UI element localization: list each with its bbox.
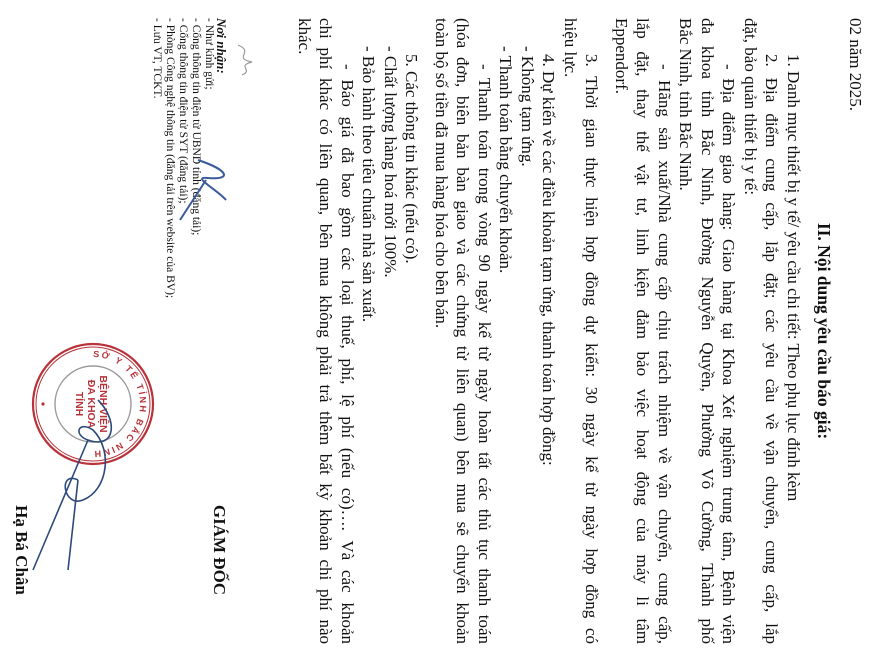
- initials-signature-icon: [178, 150, 238, 230]
- text-line: khác.: [294, 18, 316, 644]
- text-line: (hóa đơn, biên bản bàn giao và các chứng…: [452, 18, 474, 644]
- text-line: Eppendorf.: [611, 18, 633, 644]
- director-signature-icon: [8, 380, 128, 580]
- recipient-item: - Lưu VT, TCKT.: [150, 18, 163, 378]
- signature-block: GIÁM ĐỐC Hạ Bá Chân: [209, 430, 231, 670]
- paragraph-item-2: 2. Địa điểm cung cấp, lắp đặt; các yêu c…: [740, 18, 783, 644]
- spacer: [423, 18, 431, 644]
- text-line: đa khoa tỉnh Bắc Ninh, Đường Nguyễn Quyề…: [697, 18, 719, 644]
- paragraph-payment-90: - Thanh toán trong vòng 90 ngày kể từ ng…: [431, 18, 496, 644]
- text-line: 4. Dự kiến về các điều khoản tạm ứng, th…: [538, 18, 560, 644]
- text-line: hiệu lực.: [560, 18, 582, 644]
- paragraph-no-advance: - Không tạm ứng.: [517, 18, 539, 644]
- text-line: - Chất lượng hàng hoá mới 100%.: [380, 18, 402, 644]
- text-line: - Không tạm ứng.: [517, 18, 539, 644]
- text-line: toàn bộ số tiền đã mua hàng hóa cho bên …: [431, 18, 453, 644]
- paragraph-quality: - Chất lượng hàng hoá mới 100%.: [380, 18, 402, 644]
- signer-role: GIÁM ĐỐC: [209, 430, 231, 670]
- text-line: 1. Danh mục thiết bị y tế/ yêu cầu chi t…: [783, 18, 805, 644]
- text-line: đặt, bảo quản thiết bị y tế:: [740, 18, 762, 644]
- text-line: - Thanh toán bằng chuyển khoản.: [495, 18, 517, 644]
- text-line: lắp đặt, thay thế vật tư, linh kiện đảm …: [632, 18, 654, 644]
- section-heading: II. Nội dung yêu cầu báo giá:: [813, 18, 835, 644]
- paragraph-item-4: 4. Dự kiến về các điều khoản tạm ứng, th…: [538, 18, 560, 644]
- document-body: 02 năm 2025. II. Nội dung yêu cầu báo gi…: [294, 18, 867, 644]
- small-initial-mark-icon: [230, 40, 260, 80]
- spacer: [603, 18, 611, 644]
- paragraph-delivery: - Địa điểm giao hàng: Giao hàng tại Khoa…: [675, 18, 740, 644]
- text-line: chi phí khác có liên quan, bên mua không…: [315, 18, 337, 644]
- content-items: 1. Danh mục thiết bị y tế/ yêu cầu chi t…: [294, 18, 805, 644]
- document-page: 02 năm 2025. II. Nội dung yêu cầu báo gi…: [0, 0, 888, 671]
- paragraph-price-includes: - Báo giá đã bao gồm các loại thuế, phí,…: [294, 18, 359, 644]
- text-line: - Báo giá đã bao gồm các loại thuế, phí,…: [337, 18, 359, 644]
- text-line: 2. Địa điểm cung cấp, lắp đặt; các yêu c…: [761, 18, 783, 644]
- text-line: 5. Các thông tin khác (nếu có).: [401, 18, 423, 644]
- recipient-item: - Phòng Công nghệ thông tin (đăng tải tr…: [163, 18, 176, 378]
- text-line: Bắc Ninh, tỉnh Bắc Ninh.: [675, 18, 697, 644]
- text-line: 3. Thời gian thực hiện hợp đồng dự kiến:…: [581, 18, 603, 644]
- text-line: - Địa điểm giao hàng: Giao hàng tại Khoa…: [718, 18, 740, 644]
- paragraph-warranty: - Bảo hành theo tiêu chuẩn nhà sản xuất.: [358, 18, 380, 644]
- text-line: - Thanh toán trong vòng 90 ngày kể từ ng…: [474, 18, 496, 644]
- paragraph-manufacturer: - Hãng sản xuất/Nhà cung cấp chịu trách …: [611, 18, 676, 644]
- paragraph-item-5: 5. Các thông tin khác (nếu có).: [401, 18, 423, 644]
- text-line: - Hãng sản xuất/Nhà cung cấp chịu trách …: [654, 18, 676, 644]
- paragraph-item-3: 3. Thời gian thực hiện hợp đồng dự kiến:…: [560, 18, 603, 644]
- paragraph-item-1: 1. Danh mục thiết bị y tế/ yêu cầu chi t…: [783, 18, 805, 644]
- text-line: - Bảo hành theo tiêu chuẩn nhà sản xuất.: [358, 18, 380, 644]
- date-line: 02 năm 2025.: [845, 18, 867, 644]
- paragraph-transfer: - Thanh toán bằng chuyển khoản.: [495, 18, 517, 644]
